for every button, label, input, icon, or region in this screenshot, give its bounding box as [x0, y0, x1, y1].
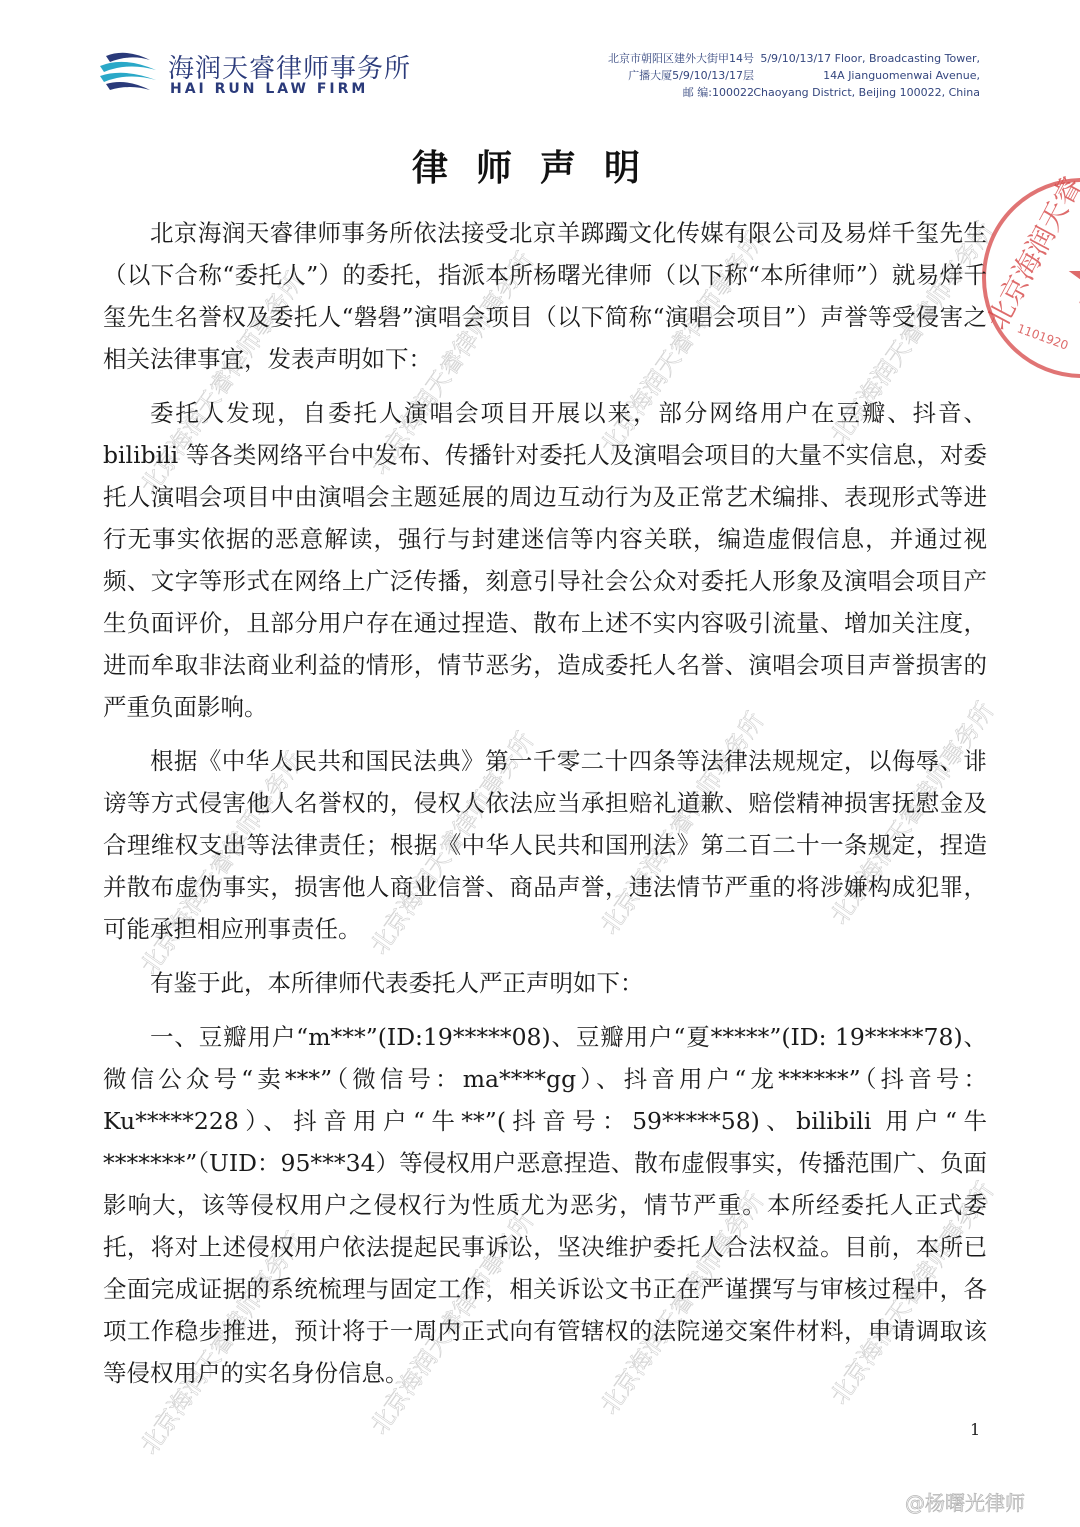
firm-name-cn: 海润天睿律师事务所	[168, 48, 411, 85]
firm-name-en: HAI RUN LAW FIRM	[170, 81, 368, 97]
weibo-handle: @杨曙光律师	[905, 1487, 1025, 1516]
official-seal: 北京海润天睿 ★ 1101920	[982, 178, 1080, 378]
address-en-line: 5/9/10/13/17 Floor, Broadcasting Tower,	[753, 50, 980, 67]
page-number: 1	[970, 1420, 980, 1439]
star-icon: ★	[1064, 242, 1080, 314]
letterhead: 海润天睿律师事务所 HAI RUN LAW FIRM 北京市朝阳区建外大街甲14…	[0, 0, 1080, 120]
paragraph: 一、豆瓣用户“m***”(ID:19*****08)、豆瓣用户“夏*****”(…	[103, 1016, 987, 1394]
seal-code: 1101920	[1015, 321, 1070, 352]
document-body: 北京海润天睿律师事务所依法接受北京羊踯躅文化传媒有限公司及易烊千玺先生（以下合称…	[103, 212, 987, 1406]
address-en-line: Chaoyang District, Beijing 100022, China	[753, 84, 980, 101]
address-cn-line: 广播大厦5/9/10/13/17层	[608, 67, 754, 84]
paragraph: 北京海润天睿律师事务所依法接受北京羊踯躅文化传媒有限公司及易烊千玺先生（以下合称…	[103, 212, 987, 380]
address-en-line: 14A Jianguomenwai Avenue,	[753, 67, 980, 84]
address-cn: 北京市朝阳区建外大街甲14号 广播大厦5/9/10/13/17层 邮 编:100…	[608, 50, 754, 101]
address-cn-line: 北京市朝阳区建外大街甲14号	[608, 50, 754, 67]
address-cn-line: 邮 编:100022	[608, 84, 754, 101]
firm-logo-icon	[96, 46, 160, 92]
paragraph: 根据《中华人民共和国民法典》第一千零二十四条等法律法规规定，以侮辱、诽谤等方式侵…	[103, 740, 987, 950]
address-en: 5/9/10/13/17 Floor, Broadcasting Tower, …	[753, 50, 980, 101]
paragraph: 委托人发现，自委托人演唱会项目开展以来，部分网络用户在豆瓣、抖音、bilibil…	[103, 392, 987, 728]
paragraph: 有鉴于此，本所律师代表委托人严正声明如下：	[103, 962, 987, 1004]
document-title: 律师声明	[0, 140, 1080, 191]
